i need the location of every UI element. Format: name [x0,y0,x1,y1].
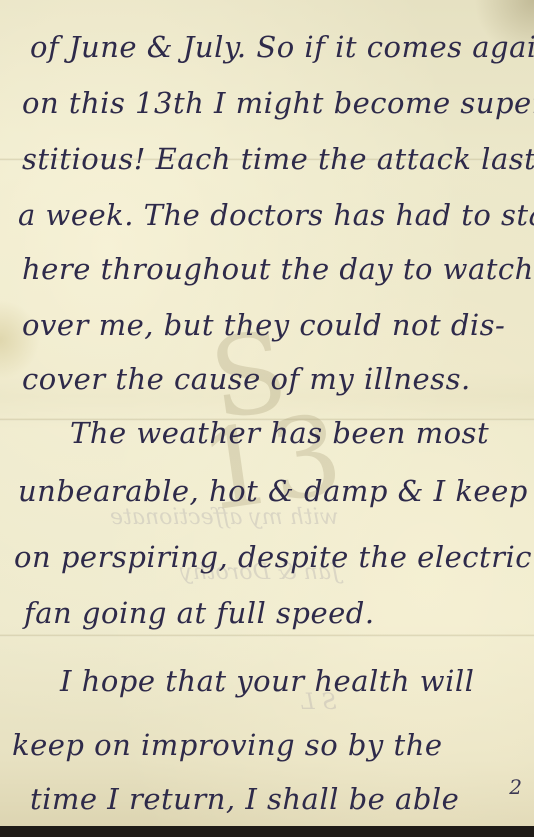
handwritten-line: time I return, I shall be able [30,782,459,816]
handwritten-line: here throughout the day to watch [22,252,534,286]
handwritten-line: unbearable, hot & damp & I keep [18,474,528,508]
handwritten-line: a week. The doctors has had to stay [18,198,534,232]
handwritten-line: keep on improving so by the [12,728,443,762]
page-number: 2 [509,775,522,799]
handwritten-line: cover the cause of my illness. [22,362,471,396]
bleed-through-line: with my affectionate [110,505,338,530]
paper-fold [0,634,534,637]
handwritten-line: I hope that your health will [60,664,474,698]
handwritten-line: on this 13th I might become super- [22,86,534,120]
handwritten-line: stitious! Each time the attack lasted [22,142,534,176]
handwritten-line: fan going at full speed. [24,596,375,630]
letter-page: S 13 with my affectionateJan & DorothyS … [0,0,534,826]
handwritten-line: on perspiring, despite the electric [14,540,532,574]
scan-edge [0,826,534,837]
handwritten-line: of June & July. So if it comes again [30,30,534,64]
handwritten-line: over me, but they could not dis- [22,308,505,342]
handwritten-line: The weather has been most [70,416,489,450]
